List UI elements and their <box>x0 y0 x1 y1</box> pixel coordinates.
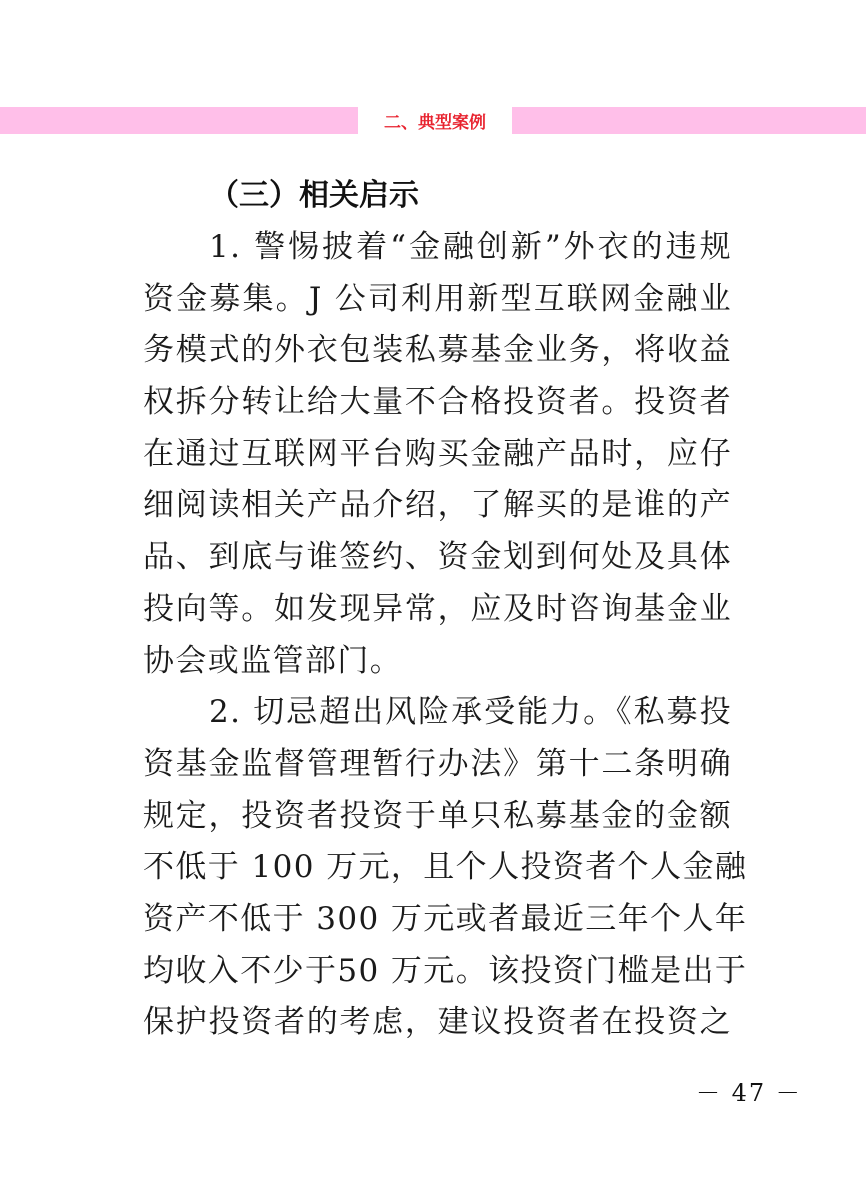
page-number: － 47 － <box>696 1073 802 1108</box>
text-line: 细阅读相关产品介绍，了解买的是谁的产 <box>143 480 732 532</box>
text-line: 不低于 100 万元，且个人投资者个人金融 <box>143 842 732 894</box>
text-line: 2. 切忌超出风险承受能力。《私募投 <box>143 687 732 739</box>
page-body: （三）相关启示 1. 警惕披着“金融创新”外衣的违规 资金募集。J 公司利用新型… <box>143 170 732 1049</box>
text-line: 资金募集。J 公司利用新型互联网金融业 <box>143 274 732 326</box>
text-line: 协会或监管部门。 <box>143 636 732 688</box>
text-line: 权拆分转让给大量不合格投资者。投资者 <box>143 377 732 429</box>
text-line: 1. 警惕披着“金融创新”外衣的违规 <box>143 222 732 274</box>
text-line: 在通过互联网平台购买金融产品时，应仔 <box>143 429 732 481</box>
text-line: 投向等。如发现异常，应及时咨询基金业 <box>143 584 732 636</box>
text-line: 规定，投资者投资于单只私募基金的金额 <box>143 791 732 843</box>
section-heading: （三）相关启示 <box>143 170 732 222</box>
text-line: 资产不低于 300 万元或者最近三年个人年 <box>143 894 732 946</box>
text-line: 保护投资者的考虑，建议投资者在投资之 <box>143 997 732 1049</box>
running-header-section-label: 二、典型案例 <box>358 107 512 134</box>
text-line: 务模式的外衣包装私募基金业务，将收益 <box>143 325 732 377</box>
text-line: 品、到底与谁签约、资金划到何处及具体 <box>143 532 732 584</box>
paragraph-2: 2. 切忌超出风险承受能力。《私募投 资基金监督管理暂行办法》第十二条明确 规定… <box>143 687 732 1049</box>
text-line: 资基金监督管理暂行办法》第十二条明确 <box>143 739 732 791</box>
header-band-right <box>512 107 866 134</box>
paragraph-1: 1. 警惕披着“金融创新”外衣的违规 资金募集。J 公司利用新型互联网金融业 务… <box>143 222 732 687</box>
header-band-left <box>0 107 358 134</box>
text-line: 均收入不少于50 万元。该投资门槛是出于 <box>143 946 732 998</box>
